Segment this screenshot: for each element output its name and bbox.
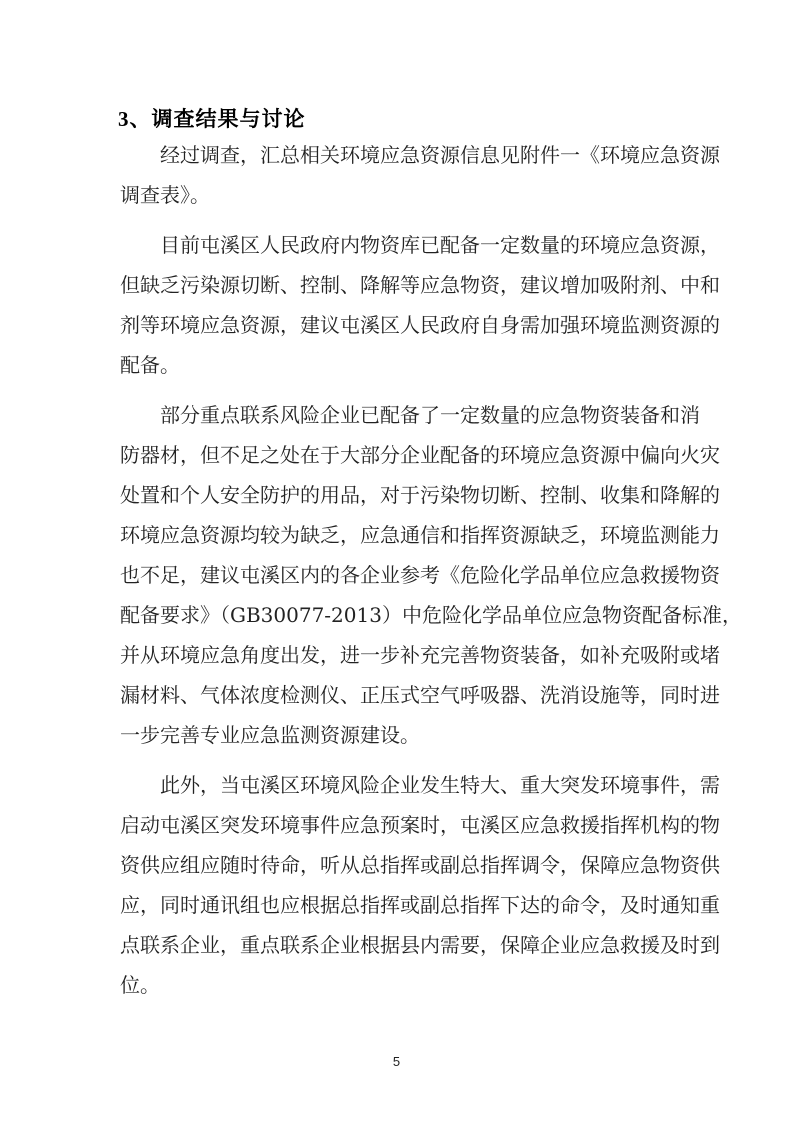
paragraph-3-line-2: 防器材，但不足之处在于大部分企业配备的环境应急资源中偏向火灾 <box>120 441 673 469</box>
section-heading: 3、调查结果与讨论 <box>118 103 306 133</box>
paragraph-3-line-3: 处置和个人安全防护的用品，对于污染物切断、控制、收集和降解的 <box>120 481 673 509</box>
paragraph-2-line-4: 配备。 <box>120 351 673 379</box>
paragraph-3-line-5: 也不足，建议屯溪区内的各企业参考《危险化学品单位应急救援物资 <box>120 561 673 589</box>
paragraph-3-line-4: 环境应急资源均较为缺乏，应急通信和指挥资源缺乏，环境监测能力 <box>120 521 673 549</box>
paragraph-4-line-1: 此外，当屯溪区环境风险企业发生特大、重大突发环境事件，需 <box>160 771 673 799</box>
paragraph-3-line-7: 并从环境应急角度出发，进一步补充完善物资装备，如补充吸附或堵 <box>120 641 673 669</box>
paragraph-2-line-3: 剂等环境应急资源，建议屯溪区人民政府自身需加强环境监测资源的 <box>120 311 673 339</box>
paragraph-2-line-1: 目前屯溪区人民政府内物资库已配备一定数量的环境应急资源， <box>160 231 673 259</box>
paragraph-1-line-1: 经过调查，汇总相关环境应急资源信息见附件一《环境应急资源 <box>160 141 673 169</box>
page-number: 5 <box>0 1054 793 1069</box>
paragraph-4-line-4: 应，同时通讯组也应根据总指挥或副总指挥下达的命令，及时通知重 <box>120 891 673 919</box>
paragraph-2-line-2: 但缺乏污染源切断、控制、降解等应急物资，建议增加吸附剂、中和 <box>120 271 673 299</box>
paragraph-3-line-9: 一步完善专业应急监测资源建设。 <box>120 721 673 749</box>
paragraph-4-line-6: 位。 <box>120 971 673 999</box>
paragraph-4-line-2: 启动屯溪区突发环境事件应急预案时，屯溪区应急救援指挥机构的物 <box>120 811 673 839</box>
document-page: 3、调查结果与讨论 经过调查，汇总相关环境应急资源信息见附件一《环境应急资源 调… <box>0 0 793 1122</box>
paragraph-3-line-1: 部分重点联系风险企业已配备了一定数量的应急物资装备和消 <box>160 401 673 429</box>
paragraph-4-line-5: 点联系企业，重点联系企业根据县内需要，保障企业应急救援及时到 <box>120 931 673 959</box>
paragraph-3-line-6: 配备要求》（GB30077-2013）中危险化学品单位应急物资配备标准， <box>120 601 673 629</box>
paragraph-3-line-8: 漏材料、气体浓度检测仪、正压式空气呼吸器、洗消设施等，同时进 <box>120 681 673 709</box>
paragraph-1-line-2: 调查表》。 <box>120 181 673 209</box>
paragraph-4-line-3: 资供应组应随时待命，听从总指挥或副总指挥调令，保障应急物资供 <box>120 851 673 879</box>
